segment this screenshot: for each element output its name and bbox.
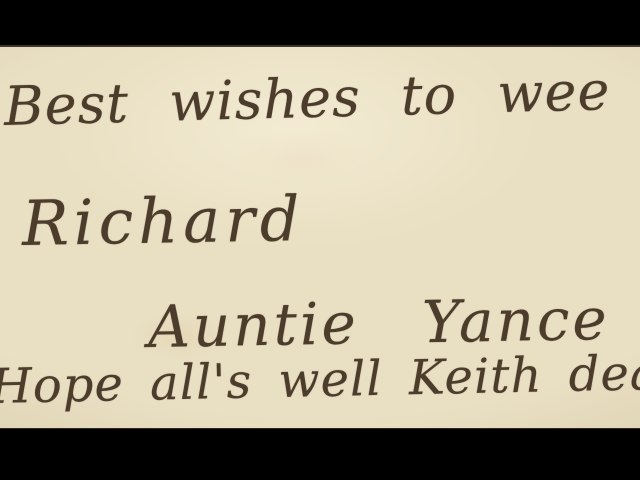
handwriting-line-4-postscript: Hope all's well Keith dear [0,344,640,416]
photo-frame: Best wishes to wee Richard Auntie Yance … [0,0,640,480]
handwriting-line-1: Best wishes to wee [3,59,611,140]
handwritten-note-card: Best wishes to wee Richard Auntie Yance … [0,45,640,429]
handwriting-line-2: Richard [21,182,305,261]
letterbox-bottom-bar [0,429,640,480]
letterbox-top-bar [0,0,640,45]
